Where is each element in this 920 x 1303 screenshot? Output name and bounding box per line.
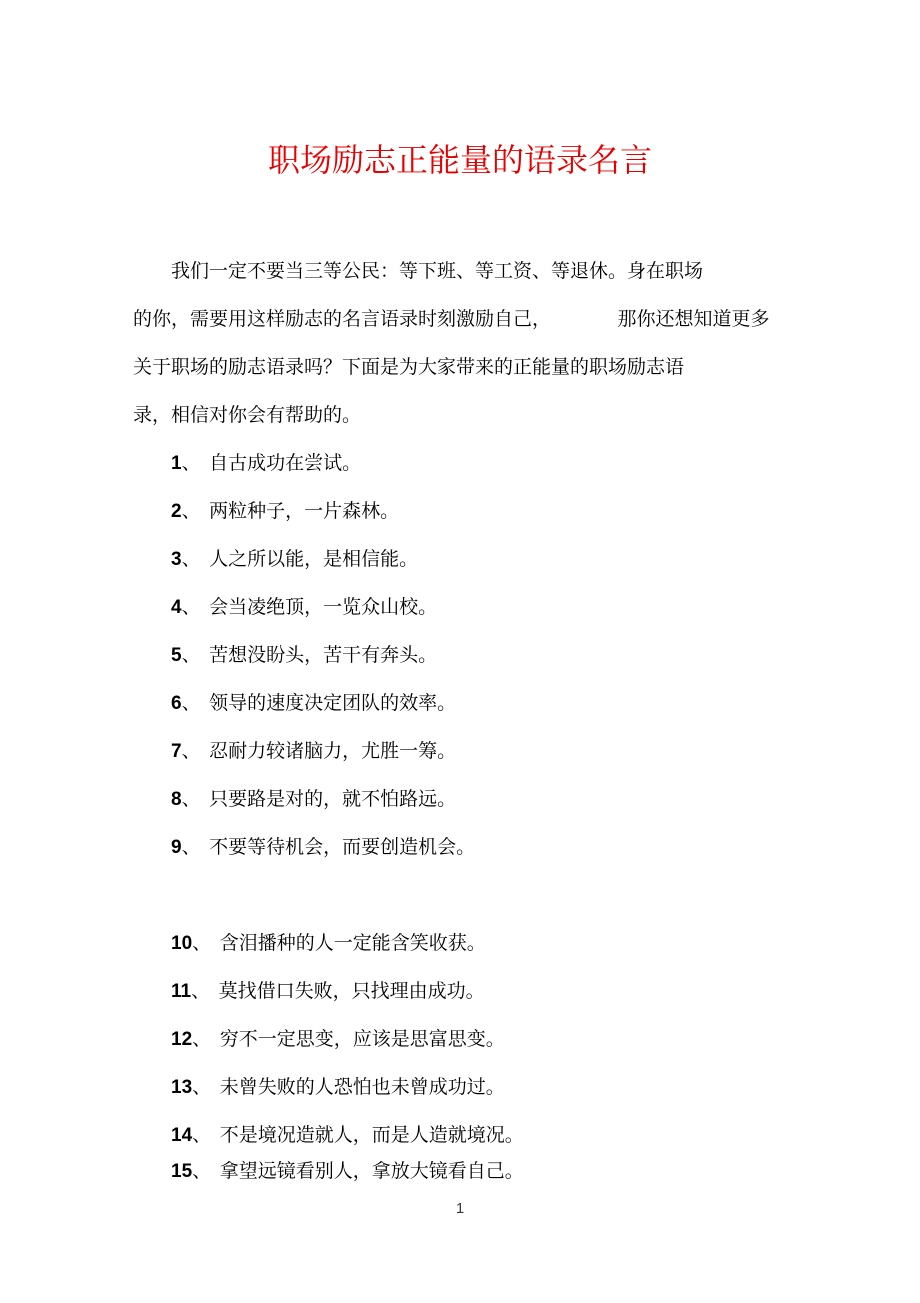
quote-separator: 、 — [192, 933, 211, 954]
quote-text: 拿望远镜看别人，拿放大镜看自己。 — [220, 1161, 524, 1182]
quote-text: 自古成功在尝试。 — [209, 453, 361, 474]
quote-separator: 、 — [182, 789, 201, 810]
quote-number: 8 — [171, 789, 182, 810]
quote-number: 5 — [171, 645, 182, 666]
quote-item: 15、拿望远镜看别人，拿放大镜看自己。 — [171, 1154, 787, 1190]
quote-number: 3 — [171, 549, 182, 570]
quote-item: 7、忍耐力较诸脑力，尤胜一筹。 — [171, 728, 787, 776]
quote-text: 会当凌绝顶，一览众山校。 — [209, 597, 437, 618]
quote-item: 14、不是境况造就人，而是人造就境况。 — [171, 1112, 787, 1160]
quote-number: 15 — [171, 1161, 192, 1182]
page-title: 职场励志正能量的语录名言 — [133, 143, 787, 177]
quote-item: 13、未曾失败的人恐怕也未曾成功过。 — [171, 1064, 787, 1112]
quote-item: 11、莫找借口失败，只找理由成功。 — [171, 968, 787, 1016]
document-page: 职场励志正能量的语录名言 我们一定不要当三等公民：等下班、等工资、等退休。身在职… — [0, 0, 920, 1303]
quote-separator: 、 — [192, 1077, 211, 1098]
quote-text: 穷不一定思变，应该是思富思变。 — [220, 1029, 505, 1050]
quote-text: 不是境况造就人，而是人造就境况。 — [220, 1125, 524, 1146]
quote-separator: 、 — [192, 1161, 211, 1182]
quote-number: 13 — [171, 1077, 192, 1098]
quote-item: 9、不要等待机会，而要创造机会。 — [171, 824, 787, 872]
quote-item: 1、自古成功在尝试。 — [171, 440, 787, 488]
quote-item: 3、人之所以能，是相信能。 — [171, 536, 787, 584]
quote-number: 11 — [171, 981, 191, 1002]
quote-item: 4、会当凌绝顶，一览众山校。 — [171, 584, 787, 632]
quote-separator: 、 — [182, 597, 201, 618]
quote-number: 1 — [171, 453, 182, 474]
quote-number: 7 — [171, 741, 182, 762]
quote-number: 10 — [171, 933, 192, 954]
quote-separator: 、 — [192, 1125, 211, 1146]
quote-text: 含泪播种的人一定能含笑收获。 — [220, 933, 486, 954]
quote-separator: 、 — [182, 645, 201, 666]
quote-text: 不要等待机会，而要创造机会。 — [209, 837, 475, 858]
quote-separator: 、 — [182, 741, 201, 762]
intro-paragraph: 我们一定不要当三等公民：等下班、等工资、等退休。身在职场 的你，需要用这样励志的… — [133, 248, 787, 440]
quote-text: 未曾失败的人恐怕也未曾成功过。 — [220, 1077, 505, 1098]
intro-line: 的你，需要用这样励志的名言语录时刻激励自己， 那你还想知道更多 — [133, 296, 787, 344]
quote-separator: 、 — [182, 693, 201, 714]
quote-item: 10、含泪播种的人一定能含笑收获。 — [171, 920, 787, 968]
quote-item: 5、苦想没盼头，苦干有奔头。 — [171, 632, 787, 680]
quote-separator: 、 — [191, 981, 210, 1002]
intro-line: 关于职场的励志语录吗？下面是为大家带来的正能量的职场励志语 — [133, 344, 787, 392]
quote-text: 两粒种子，一片森林。 — [209, 501, 399, 522]
quote-item: 12、穷不一定思变，应该是思富思变。 — [171, 1016, 787, 1064]
quote-number: 4 — [171, 597, 182, 618]
quote-number: 2 — [171, 501, 182, 522]
quote-text: 苦想没盼头，苦干有奔头。 — [209, 645, 437, 666]
quote-number: 12 — [171, 1029, 192, 1050]
quote-text: 忍耐力较诸脑力，尤胜一筹。 — [209, 741, 456, 762]
quote-separator: 、 — [192, 1029, 211, 1050]
quote-separator: 、 — [182, 453, 201, 474]
quote-number: 6 — [171, 693, 182, 714]
quote-separator: 、 — [182, 837, 201, 858]
quote-number: 14 — [171, 1125, 192, 1146]
page-number: 1 — [0, 1200, 920, 1217]
quote-item: 6、领导的速度决定团队的效率。 — [171, 680, 787, 728]
quote-number: 9 — [171, 837, 182, 858]
quote-text: 莫找借口失败，只找理由成功。 — [219, 981, 485, 1002]
quotes-list: 1、自古成功在尝试。 2、两粒种子，一片森林。 3、人之所以能，是相信能。 4、… — [133, 440, 787, 1190]
intro-line: 录，相信对你会有帮助的。 — [133, 392, 787, 440]
intro-line: 我们一定不要当三等公民：等下班、等工资、等退休。身在职场 — [133, 248, 787, 296]
quote-item: 2、两粒种子，一片森林。 — [171, 488, 787, 536]
quote-text: 领导的速度决定团队的效率。 — [209, 693, 456, 714]
quote-separator: 、 — [182, 501, 201, 522]
section-gap — [171, 872, 787, 920]
quote-text: 只要路是对的，就不怕路远。 — [209, 789, 456, 810]
quote-text: 人之所以能，是相信能。 — [209, 549, 418, 570]
quote-item: 8、只要路是对的，就不怕路远。 — [171, 776, 787, 824]
quote-separator: 、 — [182, 549, 201, 570]
